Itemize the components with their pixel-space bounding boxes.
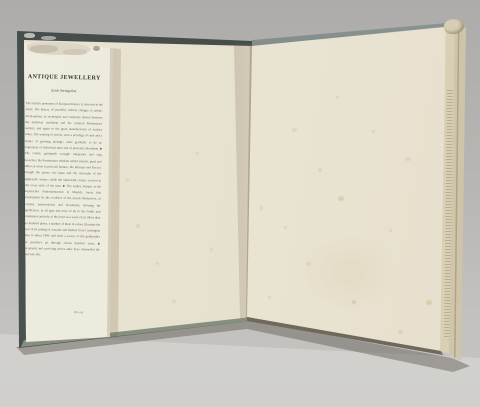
foxing-spot bbox=[389, 229, 392, 232]
foxing-spot bbox=[338, 196, 344, 201]
flap-author: Erich Steingräber bbox=[26, 88, 102, 94]
foxing-spot bbox=[196, 152, 199, 155]
foxing-spot bbox=[156, 262, 159, 265]
foxing-spot bbox=[172, 300, 176, 303]
flap-printed-text: ANTIQUE JEWELLERY Erich Steingräber The … bbox=[19, 43, 107, 345]
foxing-spot bbox=[398, 330, 403, 334]
foxing-spot bbox=[426, 300, 432, 305]
foxing-spot bbox=[210, 248, 213, 251]
flap-price: 84s net bbox=[21, 309, 83, 314]
toning-stain bbox=[300, 236, 395, 308]
flap-title: ANTIQUE JEWELLERY bbox=[26, 74, 102, 82]
foxing-spot bbox=[260, 206, 263, 210]
foxing-spot bbox=[406, 157, 410, 161]
flap-blurb: The stylistic panorama of European histo… bbox=[22, 100, 103, 281]
foxing-spot bbox=[336, 96, 339, 99]
foxing-spot bbox=[126, 178, 129, 181]
foxing-spot bbox=[352, 300, 356, 304]
foxing-spot bbox=[372, 130, 375, 133]
foxing-spot bbox=[292, 128, 297, 132]
foxing-spot bbox=[136, 224, 140, 228]
foxing-spot bbox=[306, 262, 311, 266]
corner-wear bbox=[41, 36, 56, 40]
foxing-spot bbox=[318, 168, 322, 172]
foxing-spot bbox=[268, 296, 271, 299]
corner-wear bbox=[24, 33, 35, 38]
book-photo: ANTIQUE JEWELLERY Erich Steingräber The … bbox=[0, 0, 480, 407]
foxing-spot bbox=[284, 226, 287, 229]
